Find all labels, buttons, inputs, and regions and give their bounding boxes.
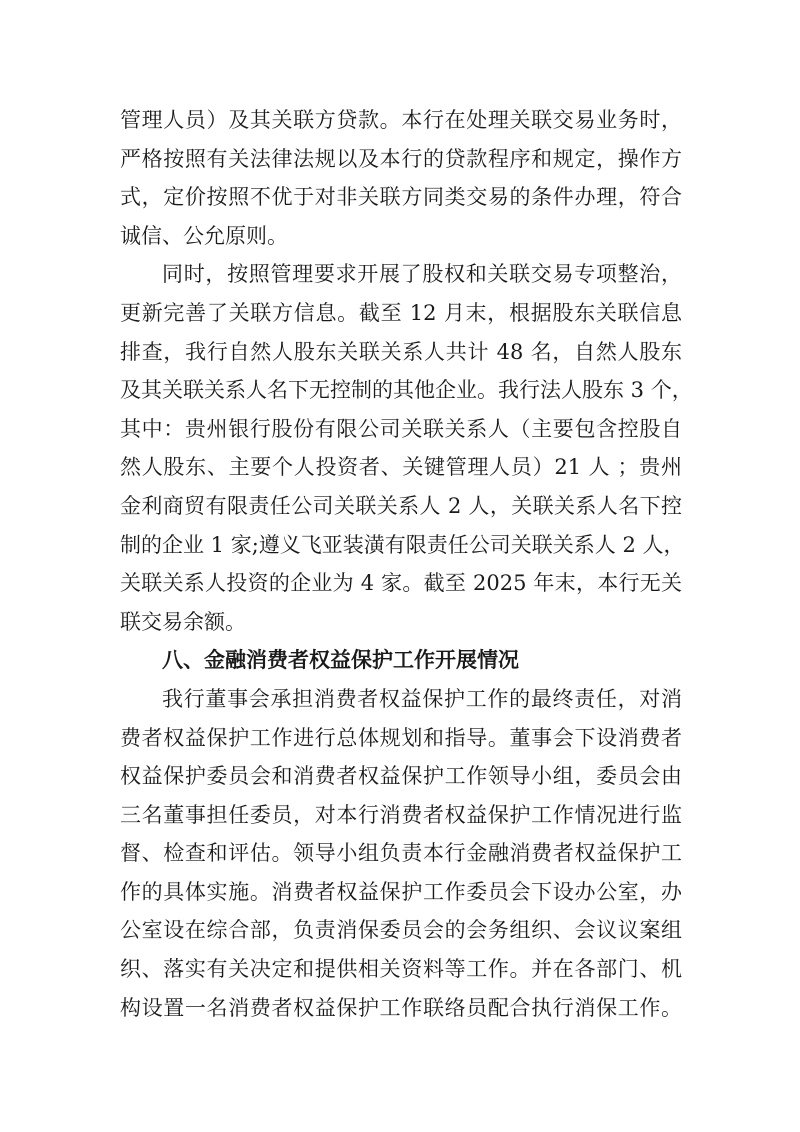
text-line: 严格按照有关法律法规以及本行的贷款程序和规定，操作方: [120, 140, 682, 179]
text-line: 我行董事会承担消费者权益保护工作的最终责任，对消: [120, 680, 682, 719]
document-page: 管理人员）及其关联方贷款。本行在处理关联交易业务时， 严格按照有关法律法规以及本…: [0, 0, 800, 1132]
text-line: 督、检查和评估。领导小组负责本行金融消费者权益保护工: [120, 834, 682, 873]
section-heading: 八、金融消费者权益保护工作开展情况: [120, 641, 682, 680]
text-line: 式，定价按照不优于对非关联方同类交易的条件办理，符合: [120, 178, 682, 217]
text-line: 金利商贸有限责任公司关联关系人 2 人，关联关系人名下控: [120, 487, 682, 526]
text-line: 作的具体实施。消费者权益保护工作委员会下设办公室，办: [120, 873, 682, 912]
text-line: 联交易余额。: [120, 603, 682, 642]
text-line: 更新完善了关联方信息。截至 12 月末，根据股东关联信息: [120, 294, 682, 333]
text-line: 构设置一名消费者权益保护工作联络员配合执行消保工作。: [120, 989, 682, 1028]
text-line: 同时，按照管理要求开展了股权和关联交易专项整治，: [120, 255, 682, 294]
text-line: 其中：贵州银行股份有限公司关联关系人（主要包含控股自: [120, 410, 682, 449]
text-line: 及其关联关系人名下无控制的其他企业。我行法人股东 3 个，: [120, 371, 682, 410]
text-line: 费者权益保护工作进行总体规划和指导。董事会下设消费者: [120, 719, 682, 758]
text-line: 三名董事担任委员，对本行消费者权益保护工作情况进行监: [120, 796, 682, 835]
text-line: 权益保护委员会和消费者权益保护工作领导小组，委员会由: [120, 757, 682, 796]
paragraph-consumer-protection: 我行董事会承担消费者权益保护工作的最终责任，对消 费者权益保护工作进行总体规划和…: [120, 680, 682, 1027]
text-line: 然人股东、主要个人投资者、关键管理人员）21 人 ；贵州: [120, 448, 682, 487]
text-line: 织、落实有关决定和提供相关资料等工作。并在各部门、机: [120, 950, 682, 989]
paragraph-related-party-rectification: 同时，按照管理要求开展了股权和关联交易专项整治， 更新完善了关联方信息。截至 1…: [120, 255, 682, 641]
text-line: 诚信、公允原则。: [120, 217, 682, 256]
text-line: 关联关系人投资的企业为 4 家。截至 2025 年末，本行无关: [120, 564, 682, 603]
text-line: 排查，我行自然人股东关联关系人共计 48 名，自然人股东: [120, 333, 682, 372]
text-line: 公室设在综合部，负责消保委员会的会务组织、会议议案组: [120, 911, 682, 950]
text-line: 管理人员）及其关联方贷款。本行在处理关联交易业务时，: [120, 101, 682, 140]
document-body: 管理人员）及其关联方贷款。本行在处理关联交易业务时， 严格按照有关法律法规以及本…: [120, 101, 682, 1027]
text-line: 制的企业 1 家;遵义飞亚装潢有限责任公司关联关系人 2 人，: [120, 526, 682, 565]
paragraph-related-party-loans: 管理人员）及其关联方贷款。本行在处理关联交易业务时， 严格按照有关法律法规以及本…: [120, 101, 682, 255]
